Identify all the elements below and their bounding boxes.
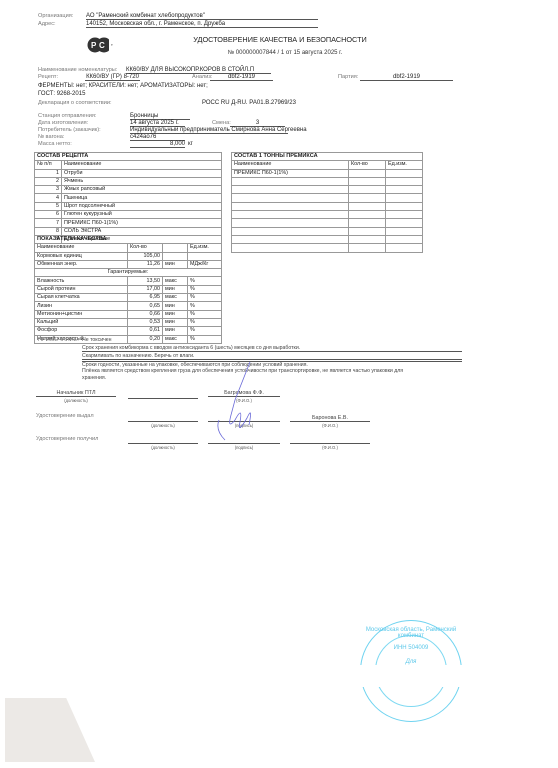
quality-cell: макс: [163, 294, 188, 302]
analysis-value: dbf2-1919: [210, 74, 273, 81]
quality-cell: %: [188, 285, 222, 293]
recipe-cell: Отруби: [62, 169, 222, 177]
quality-cell: Кальций: [35, 318, 128, 326]
quality-col-qty: Кол-во: [128, 244, 163, 252]
premix-cell: [349, 202, 386, 210]
notes-label: ПРИМЕЧАНИЕ:: [38, 337, 79, 343]
svg-text:С: С: [99, 41, 105, 50]
recipe-cell: 7: [35, 219, 62, 227]
received-label: Удостоверение получил: [36, 436, 98, 442]
premix-cell: [386, 227, 423, 235]
date-value: 14 августа 2025 г.: [130, 120, 185, 127]
issued-label: Удостоверение выдал: [36, 413, 94, 419]
rst-logo-icon: Р С т: [86, 37, 116, 53]
quality-row: Влажность13,50макс%: [35, 277, 222, 285]
premix-col-name: Наименование: [232, 161, 349, 169]
quality-cell: %: [188, 327, 222, 335]
quality-row: Сырой протеин17,00мин%: [35, 285, 222, 293]
quality-row: Кормовых единиц105,00: [35, 252, 222, 260]
shift-label: Смена:: [212, 120, 231, 126]
quality-row: Фосфор0,61мин%: [35, 327, 222, 335]
quality-cell: Кормовых единиц: [35, 252, 128, 260]
quality-cell: 0,20: [128, 335, 163, 343]
quality-cell: МДж/Кг: [188, 260, 222, 268]
wagon-label: № вагона:: [38, 134, 64, 140]
batch-label: Партия:: [338, 74, 358, 80]
premix-table: СОСТАВ 1 ТОННЫ ПРЕМИКСА Наименование Кол…: [231, 152, 423, 253]
quality-cell: Обменная энер.: [35, 260, 128, 268]
premix-cell: [386, 177, 423, 185]
premix-row: [232, 177, 423, 185]
org-label: Организация:: [38, 13, 73, 19]
gost-line: ГОСТ: 9268-2015: [38, 91, 85, 97]
premix-cell: [386, 244, 423, 252]
premix-cell: [232, 211, 349, 219]
quality-cell: Сырой протеин: [35, 285, 128, 293]
quality-cell: мин: [163, 318, 188, 326]
svg-text:Р: Р: [91, 41, 97, 50]
quality-col-name: Наименование: [35, 244, 128, 252]
issued-fio-caption: (Ф.И.О.): [290, 423, 370, 428]
quality-col-limit: [163, 244, 188, 252]
premix-cell: [386, 202, 423, 210]
recipe-cell: Жмых рапсовый: [62, 186, 222, 194]
issued-position-caption: (должность): [128, 423, 198, 428]
premix-row: [232, 227, 423, 235]
premix-cell: [232, 186, 349, 194]
quality-cell: мин: [163, 260, 188, 268]
recipe-cell: Шрот подсолнечный: [62, 202, 222, 210]
premix-cell: [232, 235, 349, 243]
quality-cell: мин: [163, 285, 188, 293]
recipe-row: 1Отруби: [35, 169, 222, 177]
premix-row: [232, 194, 423, 202]
quality-cell: 105,00: [128, 252, 163, 260]
quality-cell: макс: [163, 277, 188, 285]
premix-row: [232, 202, 423, 210]
quality-cell: %: [188, 310, 222, 318]
recipe-row: 7ПРЕМИКС П60-1(1%): [35, 219, 222, 227]
premix-cell: [232, 219, 349, 227]
wagon-value: с424ао76: [130, 134, 185, 141]
note-line-5: хранения.: [82, 375, 106, 381]
stamp-inn-text: ИНН 504009: [361, 645, 461, 651]
notes-toxicity: Не токсичен: [82, 337, 112, 343]
premix-cell: [232, 227, 349, 235]
address-value: 140152, Московская обл., г. Раменское, п…: [86, 21, 318, 28]
mass-unit: кг: [188, 141, 193, 147]
premix-cell: [349, 244, 386, 252]
stamp-mask-band: [340, 665, 480, 687]
quality-row: Обменная энер.11,26минМДж/Кг: [35, 260, 222, 268]
note-line-1: Срок хранения комбикорма с вводом антиок…: [82, 345, 462, 352]
quality-cell: %: [188, 318, 222, 326]
premix-row: ПРЕМИКС П60-1(1%): [232, 169, 423, 177]
quality-cell: 17,00: [128, 285, 163, 293]
org-value: АО "Раменский комбинат хлебопродуктов": [86, 13, 318, 20]
quality-cell: %: [188, 277, 222, 285]
received-fio-caption: (Ф.И.О.): [290, 445, 370, 450]
premix-table-caption: СОСТАВ 1 ТОННЫ ПРЕМИКСА: [232, 153, 423, 161]
quality-cell: Метионин+цистин: [35, 310, 128, 318]
premix-cell: [349, 177, 386, 185]
recipe-cell: 3: [35, 186, 62, 194]
quality-cell: [188, 252, 222, 260]
premix-cell: [386, 194, 423, 202]
document-number: № 000000007844 / 1 от 15 августа 2025 г.: [170, 50, 400, 56]
premix-cell: [349, 194, 386, 202]
recipe-cell: 1: [35, 169, 62, 177]
station-value: Бронницы: [130, 113, 190, 120]
premix-cell: [349, 235, 386, 243]
quality-cell: 6,95: [128, 294, 163, 302]
recipe-row: 3Жмых рапсовый: [35, 186, 222, 194]
stamp-outer-text: Московская область, Раменский комбинат: [361, 627, 461, 639]
recipe-value: КК60/ВУ (ГР) 8-720: [85, 74, 140, 81]
premix-cell: [349, 211, 386, 219]
consumer-value: Индивидуальный предприниматель Смирнова …: [130, 127, 288, 134]
issued-position-line: [128, 421, 198, 422]
recipe-cell: 2: [35, 177, 62, 185]
quality-cell: мин: [163, 302, 188, 310]
recipe-cell: ПРЕМИКС П60-1(1%): [62, 219, 222, 227]
head-position-caption: (должность): [36, 398, 116, 403]
issued-name: Баронова Е.В.: [290, 415, 370, 422]
mass-label: Масса нетто:: [38, 141, 72, 147]
recipe-row: 6Глютен кукурузный: [35, 211, 222, 219]
batch-value: dbf2-1919: [360, 74, 453, 81]
mass-value: 8,000: [130, 141, 185, 148]
premix-cell: [386, 211, 423, 219]
recipe-col-name: Наименование: [62, 161, 222, 169]
quality-table-caption: ПОКАЗАТЕЛИ КАЧЕСТВА: [35, 236, 222, 244]
recipe-cell: Ячмень: [62, 177, 222, 185]
quality-row: Кальций0,53мин%: [35, 318, 222, 326]
quality-row: Сырая клетчатка6,95макс%: [35, 294, 222, 302]
scan-artifact: [5, 698, 95, 762]
recipe-table-caption: СОСТАВ РЕЦЕПТА: [35, 153, 222, 161]
quality-cell: Влажность: [35, 277, 128, 285]
quality-cell: макс: [163, 335, 188, 343]
date-label: Дата изготовления:: [38, 120, 88, 126]
note-line-2: Скармливать по назначению. Беречь от вла…: [82, 353, 462, 360]
document-title: УДОСТОВЕРЕНИЕ КАЧЕСТВА И БЕЗОПАСНОСТИ: [155, 35, 405, 44]
premix-cell: [349, 186, 386, 194]
recipe-row: 2Ячмень: [35, 177, 222, 185]
declaration-label: Декларация о соответствии:: [38, 100, 112, 106]
premix-row: [232, 219, 423, 227]
guaranteed-label: Гарантируемые:: [35, 269, 222, 277]
quality-row: Лизин0,65мин%: [35, 302, 222, 310]
quality-cell: 0,65: [128, 302, 163, 310]
recipe-row: 4Пшеница: [35, 194, 222, 202]
quality-cell: 0,53: [128, 318, 163, 326]
premix-cell: [386, 186, 423, 194]
premix-cell: [349, 169, 386, 177]
additives-line: ФЕРМЕНТЫ: нет; КРАСИТЕЛИ: нет; АРОМАТИЗА…: [38, 83, 208, 89]
premix-row: [232, 235, 423, 243]
premix-cell: [349, 227, 386, 235]
quality-row: Метионин+цистин0,66мин%: [35, 310, 222, 318]
address-label: Адрес:: [38, 21, 56, 27]
premix-cell: [232, 244, 349, 252]
quality-cell: 13,50: [128, 277, 163, 285]
shift-value: 3: [230, 120, 285, 127]
note-line-3: Сроки годности, указанные на упаковке, о…: [82, 361, 462, 368]
quality-table: ПОКАЗАТЕЛИ КАЧЕСТВА Наименование Кол-во …: [34, 235, 222, 344]
quality-cell: 0,66: [128, 310, 163, 318]
quality-cell: [163, 252, 188, 260]
consumer-label: Потребитель (заказчик):: [38, 127, 101, 133]
quality-cell: %: [188, 294, 222, 302]
premix-cell: [386, 169, 423, 177]
premix-cell: [349, 219, 386, 227]
premix-col-unit: Ед.изм.: [386, 161, 423, 169]
head-position: Начальник ПТЛ: [36, 390, 116, 397]
nomenclature-label: Наименование номенклатуры:: [38, 67, 117, 73]
premix-row: [232, 211, 423, 219]
quality-cell: мин: [163, 310, 188, 318]
quality-col-unit: Ед.изм.: [188, 244, 222, 252]
quality-cell: Сырая клетчатка: [35, 294, 128, 302]
received-position-line: [128, 443, 198, 444]
recipe-cell: 5: [35, 202, 62, 210]
recipe-col-num: № п/п: [35, 161, 62, 169]
recipe-cell: 6: [35, 211, 62, 219]
premix-cell: [386, 219, 423, 227]
recipe-cell: Пшеница: [62, 194, 222, 202]
station-label: Станция отправления:: [38, 113, 96, 119]
premix-cell: [232, 194, 349, 202]
quality-cell: мин: [163, 327, 188, 335]
recipe-row: 5Шрот подсолнечный: [35, 202, 222, 210]
premix-row: [232, 186, 423, 194]
received-position-caption: (должность): [128, 445, 198, 450]
premix-col-qty: Кол-во: [349, 161, 386, 169]
quality-cell: %: [188, 335, 222, 343]
quality-cell: Фосфор: [35, 327, 128, 335]
premix-cell: [232, 202, 349, 210]
declaration-value: РОСС RU Д-RU. РА01.В.27969/23: [202, 100, 296, 106]
quality-cell: Лизин: [35, 302, 128, 310]
nomenclature-value: КК60/ВУ ДЛЯ ВЫСОКОПР.КОРОВ В СТОЙЛ.П: [126, 67, 271, 74]
svg-text:т: т: [111, 42, 113, 47]
premix-cell: [232, 177, 349, 185]
quality-cell: %: [188, 302, 222, 310]
premix-row: [232, 244, 423, 252]
quality-cell: 0,61: [128, 327, 163, 335]
premix-cell: ПРЕМИКС П60-1(1%): [232, 169, 349, 177]
recipe-cell: 4: [35, 194, 62, 202]
quality-cell: 11,26: [128, 260, 163, 268]
recipe-cell: Глютен кукурузный: [62, 211, 222, 219]
received-fio-line: [290, 443, 370, 444]
premix-cell: [386, 235, 423, 243]
recipe-label: Рецепт:: [38, 74, 58, 80]
head-signature-line: [128, 398, 198, 399]
recipe-table: СОСТАВ РЕЦЕПТА № п/п Наименование 1Отруб…: [34, 152, 222, 244]
handwritten-signature-icon: [205, 360, 265, 450]
